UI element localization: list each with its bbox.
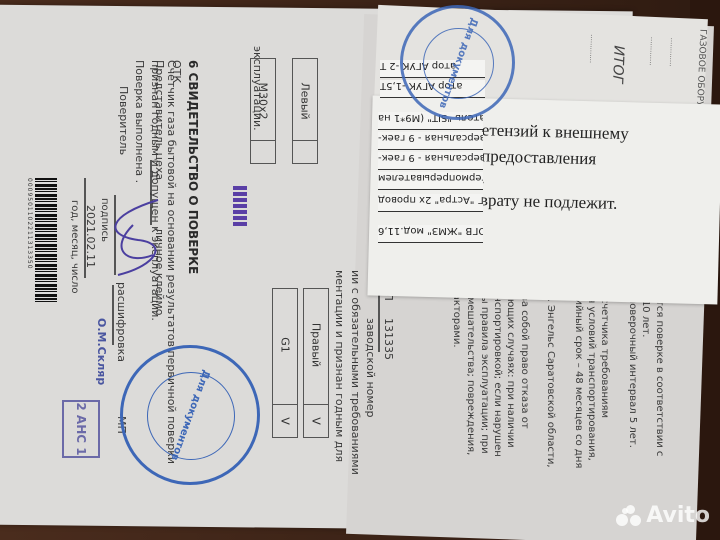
verification-square-stamp: 2 АНС 1 xyxy=(62,400,100,458)
box-label: Левый xyxy=(299,82,312,119)
price-label-text: с термопрерывателем xyxy=(378,172,483,183)
verifier-signature xyxy=(98,195,178,280)
date-value: 2021.02.11 xyxy=(84,205,97,268)
verifier-label: Поверитель xyxy=(117,86,130,155)
serial-label: заводской номер xyxy=(364,318,377,417)
company-round-stamp-top: Для документов xyxy=(400,5,515,120)
box-label: М30х2 xyxy=(257,82,270,119)
serial-number: 131335 xyxy=(382,318,395,360)
date-line xyxy=(84,178,86,278)
price-label: ВПГ "Астра" 2х провод xyxy=(378,194,483,212)
box-check: V xyxy=(279,417,292,425)
compliance-text-2: ментации и признан годным для xyxy=(333,270,346,462)
avito-logo-icon xyxy=(616,505,642,527)
section-title: 6 СВИДЕТЕЛЬСТВО О ПОВЕРКЕ xyxy=(186,60,200,274)
thread-right-box: Правый V xyxy=(303,288,329,438)
price-label: ГАОГВ "ЖМЗ" мод.11,6 xyxy=(378,225,483,243)
decode-line xyxy=(112,285,114,345)
price-label: с термопрерывателем xyxy=(378,172,483,190)
serial-line xyxy=(378,292,380,352)
compliance-text-1: ии с обязательными требованиями xyxy=(349,270,362,475)
notice-line: предоставления xyxy=(481,146,597,169)
price-label: универсальная - 9 гаек- xyxy=(378,152,483,170)
decode-label: расшифровка xyxy=(115,282,128,362)
square-stamp-text: 2 АНС 1 xyxy=(74,402,88,455)
thread-left-box: Левый xyxy=(292,58,318,164)
price-label-text: ГАОГВ "ЖМЗ" мод.11,6 xyxy=(378,225,483,236)
price-label: универсальная - 9 гаек- xyxy=(378,132,483,150)
verifier-name: О.М.Скляр xyxy=(95,318,108,385)
box-label: Правый xyxy=(310,323,323,367)
verification-text-3: Поверка выполнена . xyxy=(133,60,146,183)
company-round-stamp: Для документов xyxy=(120,345,260,485)
date-label: год, месяц, число xyxy=(69,200,80,293)
avito-watermark: Avito xyxy=(616,503,710,528)
notice-line: етензий к внешнему xyxy=(482,120,629,144)
right-text-line: ения условий транспортирования, xyxy=(586,278,597,461)
barcode-digits: 0009501102211313350 xyxy=(26,178,33,270)
photo-scene: ГАЗОВОЕ ОБОРУДОВАНИЕ ИТОГ ............. … xyxy=(0,0,720,540)
box-check: V xyxy=(310,417,323,425)
price-label-text: универсальная - 9 гаек- xyxy=(378,152,483,163)
verification-text-2: признан годным и допущен к эксплуатации. xyxy=(149,60,162,321)
thread-size-box: М30х2 xyxy=(250,58,276,164)
avito-brand-text: Avito xyxy=(646,503,710,528)
box-label: G1 xyxy=(279,337,292,353)
price-label-text: ВПГ "Астра" 2х провод xyxy=(378,194,483,205)
personal-stamp-mark xyxy=(233,186,247,226)
connection-g1-box: G1 V xyxy=(272,288,298,438)
barcode xyxy=(35,178,57,302)
notice-line: врату не подлежит. xyxy=(480,190,618,214)
right-text-line: антийный срок – 48 месяцев со дня xyxy=(573,280,584,468)
price-label-text: универсальная - 9 гаек- xyxy=(378,132,483,143)
